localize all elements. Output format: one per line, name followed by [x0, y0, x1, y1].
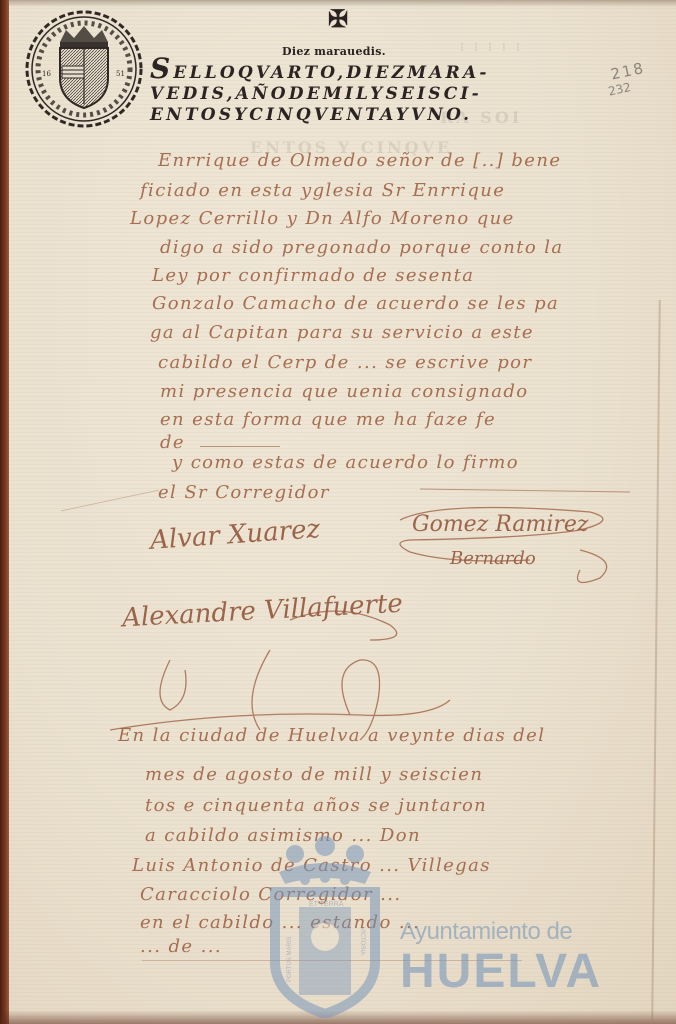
handwriting-line: Gonzalo Camacho de acuerdo se les pa [152, 293, 559, 314]
signature-flourishes-icon [110, 500, 640, 740]
handwriting-line: digo a sido pregonado porque conto la [160, 237, 563, 258]
royal-seal-icon: 16 51 [22, 8, 146, 130]
watermark-line2: HUELVA [400, 944, 602, 999]
huelva-coat-of-arms-icon: ET TERRA PORTUS MARIS VICTORIA [265, 832, 385, 1018]
svg-text:51: 51 [116, 70, 125, 78]
handwriting-line: Ley por confirmado de sesenta [152, 265, 474, 286]
handwriting-line: de [160, 432, 185, 453]
handwriting-line: ga al Capitan para su servicio a este [150, 322, 534, 343]
stamp-line: VEDIS,AÑODEMILYSEISCI- [150, 84, 490, 105]
handwriting-line: cabildo el Cerp de ... se escrive por [158, 352, 532, 373]
handwriting-line: Enrrique de Olmedo señor de [..] bene [158, 150, 561, 171]
handwriting-line: mes de agosto de mill y seiscien [145, 764, 483, 785]
handwriting-line: En la ciudad de Huelva a veynte dias del [118, 725, 545, 746]
watermark-line1: Ayuntamiento de [400, 918, 572, 946]
bleed-through-text: ⁝ ⁝ ⁝ ⁝ ⁝ [460, 40, 523, 54]
stamp-header: SELLOQVARTO,DIEZMARA- VEDIS,AÑODEMILYSEI… [150, 58, 490, 126]
svg-text:PORTUS MARIS: PORTUS MARIS [287, 936, 293, 982]
svg-text:16: 16 [42, 70, 51, 78]
ink-dash [200, 446, 280, 447]
handwriting-line: y como estas de acuerdo lo firmo [172, 452, 519, 473]
handwriting-line: ... de ... [140, 936, 222, 957]
stamp-value-label: Diez marauedis. [282, 45, 386, 58]
cross-symbol: ✠ [328, 4, 348, 33]
handwriting-line: Lopez Cerrillo y Dn Alfo Moreno que [130, 208, 515, 229]
binding-edge [0, 0, 9, 1024]
svg-text:VICTORIA: VICTORIA [359, 927, 365, 955]
handwriting-line: mi presencia que uenia consignado [160, 381, 529, 402]
stamp-line: SELLOQVARTO,DIEZMARA- [150, 58, 490, 84]
handwriting-line: tos e cinquenta años se juntaron [145, 795, 487, 816]
stamp-line: ENTOSYCINQVENTAYVNO. [150, 105, 490, 126]
handwriting-line: en esta forma que me ha faze fe [160, 409, 496, 430]
handwriting-line: ficiado en esta yglesia Sr Enrrique [140, 180, 505, 201]
svg-text:ET TERRA: ET TERRA [309, 901, 344, 908]
